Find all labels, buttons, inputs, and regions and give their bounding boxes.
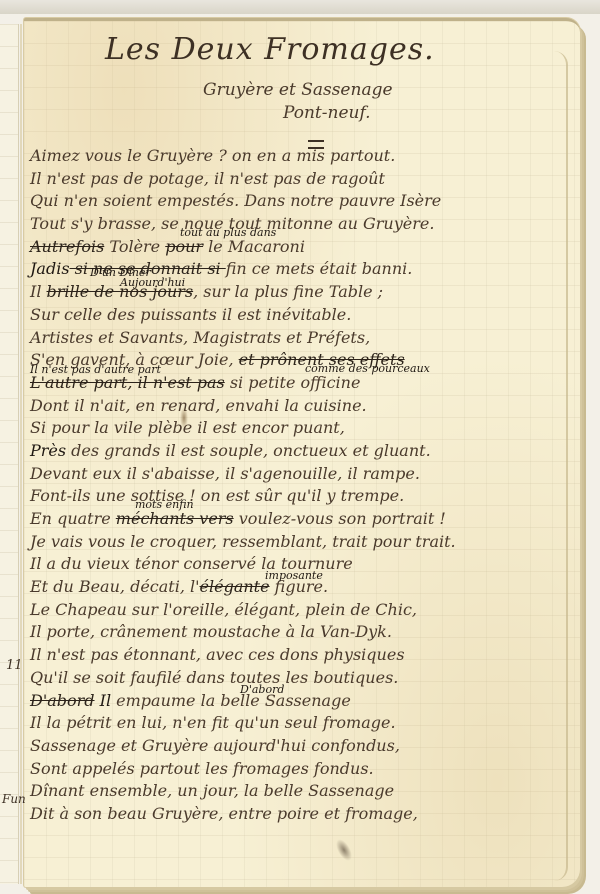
- line-text: Font-ils une sottise ! on est sûr qu'il …: [30, 486, 404, 505]
- poem-line: Il la pétrit en lui, n'en fit qu'un seul…: [30, 712, 550, 735]
- poem-line: Dînant ensemble, un jour, la belle Sasse…: [30, 780, 550, 803]
- line-text: Dit à son beau Gruyère, entre poire et f…: [30, 804, 418, 823]
- struck-text: pour: [165, 237, 203, 256]
- line-text: des grands il est souple, onctueux et gl…: [66, 441, 431, 460]
- line-text: Qui n'en soient empestés. Dans notre pau…: [30, 191, 441, 210]
- ink-blot: [180, 407, 188, 429]
- page-curl-edge: [548, 51, 568, 881]
- poem-line: Devant eux il s'abaisse, il s'agenouille…: [30, 463, 550, 486]
- poem-title: Les Deux Fromages.: [105, 32, 435, 67]
- line-text: Aimez vous le Gruyère ? on en a mis part…: [30, 146, 395, 165]
- line-text: Il porte, crânement moustache à la Van-D…: [30, 622, 392, 641]
- line-text: Qu'il se soit faufilé dans toutes les bo…: [30, 668, 398, 687]
- line-text: Le Chapeau sur l'oreille, élégant, plein…: [30, 600, 417, 619]
- poem-line: Artistes et Savants, Magistrats et Préfe…: [30, 327, 550, 350]
- struck-text: Autrefois: [30, 237, 104, 256]
- line-text: si petite officine: [225, 373, 361, 392]
- line-prefix: Il: [30, 282, 47, 301]
- line-prefix: Il: [95, 691, 112, 710]
- poem-line-revised: D'abord Il empaume la belle Sassenage D'…: [30, 690, 550, 713]
- line-text: fin ce mets était banni.: [226, 259, 413, 278]
- line-text: Artistes et Savants, Magistrats et Préfe…: [30, 328, 370, 347]
- interlinear-insertion: imposante: [265, 570, 323, 582]
- line-text: Il n'est pas étonnant, avec ces dons phy…: [30, 645, 405, 664]
- struck-text: D'abord: [30, 691, 95, 710]
- interlinear-insertion: D'abord: [240, 684, 284, 696]
- interlinear-insertion: tout au plus dans: [180, 227, 276, 239]
- poem-line: Il n'est pas de potage, il n'est pas de …: [30, 168, 550, 191]
- line-text: le Macaroni: [203, 237, 305, 256]
- interlinear-insertion: mots enfin: [135, 499, 194, 511]
- poem-line-revised: En quatre méchants vers voulez-vous son …: [30, 508, 550, 531]
- line-text: voulez-vous son portrait !: [234, 509, 446, 528]
- poem-line: Sont appelés partout les fromages fondus…: [30, 758, 550, 781]
- poem-line-revised: Et du Beau, décati, l'élégante figure. i…: [30, 576, 550, 599]
- interlinear-insertion: Il n'est pas d'autre part: [30, 364, 161, 376]
- poem-line: Sur celle des puissants il est inévitabl…: [30, 304, 550, 327]
- poem-line: Si pour la vile plèbe il est encor puant…: [30, 417, 550, 440]
- line-text: Je vais vous le croquer, ressemblant, tr…: [30, 532, 456, 551]
- poem-genre: Pont-neuf.: [283, 103, 371, 123]
- line-text: Dînant ensemble, un jour, la belle Sasse…: [30, 781, 394, 800]
- poem-line: Font-ils une sottise ! on est sûr qu'il …: [30, 485, 550, 508]
- line-text: Dont il n'ait, en renard, envahi la cuis…: [30, 396, 367, 415]
- struck-text: élégante: [200, 577, 270, 596]
- poem-line: Sassenage et Gruyère aujourd'hui confond…: [30, 735, 550, 758]
- margin-page-number: 11: [6, 658, 23, 673]
- line-text: Sur celle des puissants il est inévitabl…: [30, 305, 351, 324]
- previous-page-edge: [0, 24, 19, 884]
- struck-text: méchants vers: [116, 509, 234, 528]
- line-text: En quatre: [30, 509, 116, 528]
- line-prefix: Près: [30, 441, 66, 460]
- poem-line-revised: Il n'est pas d'autre part L'autre part, …: [30, 372, 550, 395]
- line-text: , sur la plus fine Table ;: [193, 282, 383, 301]
- poem-body: Aimez vous le Gruyère ? on en a mis part…: [30, 145, 550, 826]
- line-text: Tolère: [104, 237, 165, 256]
- binding-margin: [20, 24, 22, 884]
- poem-line: Aimez vous le Gruyère ? on en a mis part…: [30, 145, 550, 168]
- line-text: Sont appelés partout les fromages fondus…: [30, 759, 374, 778]
- poem-line-revised: Près des grands il est souple, onctueux …: [30, 440, 550, 463]
- poem-line-revised: Autrefois Tolère pour le Macaroni tout a…: [30, 236, 550, 259]
- poem-line: Le Chapeau sur l'oreille, élégant, plein…: [30, 599, 550, 622]
- poem-line: Il n'est pas étonnant, avec ces dons phy…: [30, 644, 550, 667]
- poem-line: Il porte, crânement moustache à la Van-D…: [30, 621, 550, 644]
- poem-subtitle: Gruyère et Sassenage: [203, 80, 393, 100]
- interlinear-insertion: Aujourd'hui: [120, 277, 185, 289]
- line-text: Devant eux il s'abaisse, il s'agenouille…: [30, 464, 420, 483]
- poem-line: Dont il n'ait, en renard, envahi la cuis…: [30, 395, 550, 418]
- poem-line: Tout s'y brasse, se noue tout mitonne au…: [30, 213, 550, 236]
- line-text: Il n'est pas de potage, il n'est pas de …: [30, 169, 385, 188]
- scan-background-top: [0, 0, 600, 14]
- line-text: Il la pétrit en lui, n'en fit qu'un seul…: [30, 713, 396, 732]
- line-text: empaume la belle Sassenage: [111, 691, 351, 710]
- line-prefix: Jadis: [30, 259, 70, 278]
- poem-line: Je vais vous le croquer, ressemblant, tr…: [30, 531, 550, 554]
- poem-line: Dit à son beau Gruyère, entre poire et f…: [30, 803, 550, 826]
- poem-line-revised: D'un Dîner Aujourd'hui Il brille de nos …: [30, 281, 550, 304]
- line-text: Et du Beau, décati, l': [30, 577, 200, 596]
- poem-line: Qu'il se soit faufilé dans toutes les bo…: [30, 667, 550, 690]
- line-text: Sassenage et Gruyère aujourd'hui confond…: [30, 736, 400, 755]
- poem-line: Qui n'en soient empestés. Dans notre pau…: [30, 190, 550, 213]
- margin-annotation: Fun: [2, 792, 26, 806]
